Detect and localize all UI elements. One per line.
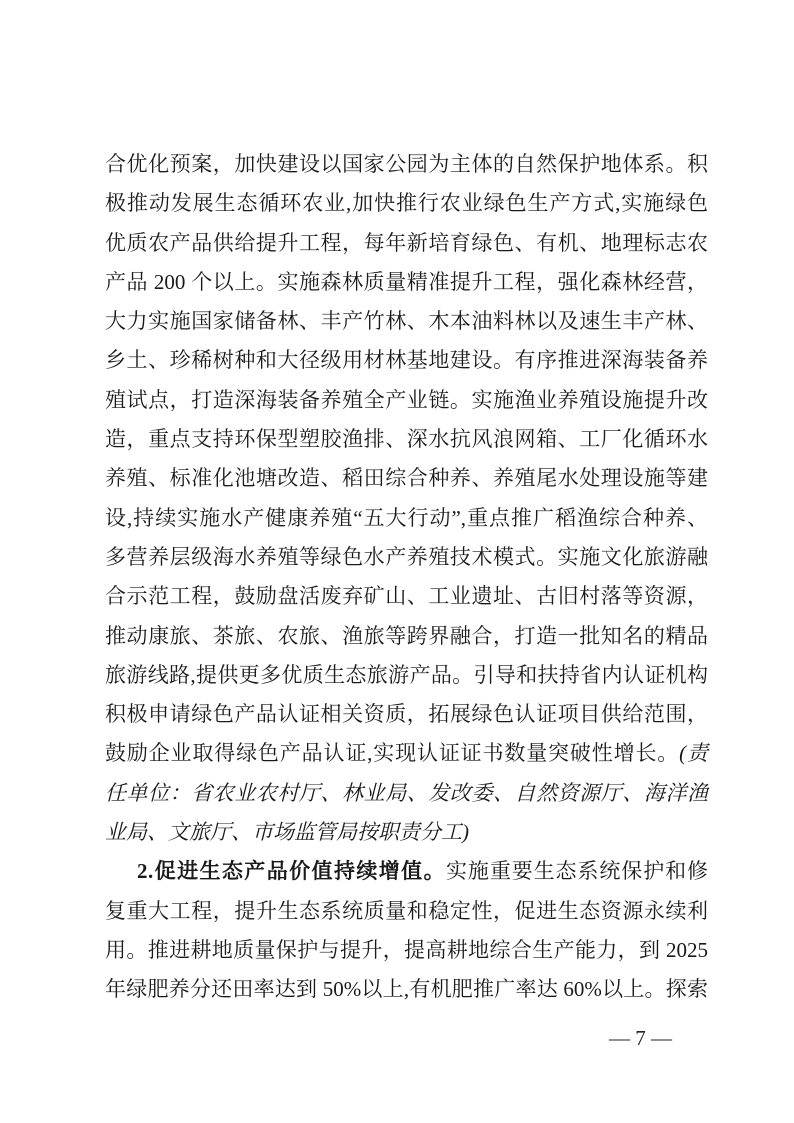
responsibility-unit-text: 任单位：省农业农村厅、林业局、发改委、自然资源厅、海洋渔	[105, 781, 708, 805]
body-text: 推动康旅、茶旅、农旅、渔旅等跨界融合，打造一批知名的精品	[105, 624, 708, 648]
text-line: 极推动发展生态循环农业,加快推行农业绿色生产方式,实施绿色	[105, 184, 708, 223]
text-line: 业局、文旅厅、市场监管局按职责分工)	[105, 813, 708, 852]
body-text: 殖试点，打造深海装备养殖全产业链。实施渔业养殖设施提升改	[105, 388, 708, 412]
responsibility-unit-text: 业局、文旅厅、市场监管局按职责分工)	[105, 820, 469, 844]
text-line: 合示范工程，鼓励盘活废弃矿山、工业遗址、古旧村落等资源，	[105, 577, 708, 616]
text-line: 复重大工程，提升生态系统质量和稳定性，促进生态资源永续利	[105, 892, 708, 931]
body-text: 多营养层级海水养殖等绿色水产养殖技术模式。实施文化旅游融	[105, 545, 708, 569]
body-text: 造，重点支持环保型塑胶渔排、深水抗风浪网箱、工厂化循环水	[105, 427, 708, 451]
body-text: 合优化预案，加快建设以国家公园为主体的自然保护地体系。积	[105, 152, 708, 176]
body-text: 实施重要生态系统保护和修	[446, 859, 708, 883]
text-line: 造，重点支持环保型塑胶渔排、深水抗风浪网箱、工厂化循环水	[105, 420, 708, 459]
text-line: 殖试点，打造深海装备养殖全产业链。实施渔业养殖设施提升改	[105, 381, 708, 420]
text-line: 用。推进耕地质量保护与提升，提高耕地综合生产能力，到 2025	[105, 931, 708, 970]
text-line: 2.促进生态产品价值持续增值。实施重要生态系统保护和修	[105, 852, 708, 891]
body-text: 用。推进耕地质量保护与提升，提高耕地综合生产能力，到 2025	[105, 938, 708, 962]
body-text: 复重大工程，提升生态系统质量和稳定性，促进生态资源永续利	[105, 899, 708, 923]
body-text: 优质农产品供给提升工程，每年新培育绿色、有机、地理标志农	[105, 231, 708, 255]
body-text: 积极申请绿色产品认证相关资质，拓展绿色认证项目供给范围，	[105, 702, 708, 726]
text-line: 合优化预案，加快建设以国家公园为主体的自然保护地体系。积	[105, 145, 708, 184]
text-line: 设,持续实施水产健康养殖“五大行动”,重点推广稻渔综合种养、	[105, 499, 708, 538]
body-text: 极推动发展生态循环农业,加快推行农业绿色生产方式,实施绿色	[105, 191, 708, 215]
document-page: 合优化预案，加快建设以国家公园为主体的自然保护地体系。积极推动发展生态循环农业,…	[0, 0, 794, 1123]
body-text: 养殖、标准化池塘改造、稻田综合种养、养殖尾水处理设施等建	[105, 466, 708, 490]
body-text: 年绿肥养分还田率达到 50%以上,有机肥推广率达 60%以上。探索	[105, 977, 708, 1001]
text-line: 乡土、珍稀树种和大径级用材林基地建设。有序推进深海装备养	[105, 341, 708, 380]
body-text: 大力实施国家储备林、丰产竹林、木本油料林以及速生丰产林、	[105, 309, 708, 333]
body-text: 旅游线路,提供更多优质生态旅游产品。引导和扶持省内认证机构	[105, 663, 708, 687]
text-line: 年绿肥养分还田率达到 50%以上,有机肥推广率达 60%以上。探索	[105, 970, 708, 1009]
text-line: 多营养层级海水养殖等绿色水产养殖技术模式。实施文化旅游融	[105, 538, 708, 577]
text-line: 优质农产品供给提升工程，每年新培育绿色、有机、地理标志农	[105, 224, 708, 263]
page-number: — 7 —	[0, 1024, 672, 1052]
text-line: 鼓励企业取得绿色产品认证,实现认证证书数量突破性增长。(责	[105, 734, 708, 773]
text-line: 养殖、标准化池塘改造、稻田综合种养、养殖尾水处理设施等建	[105, 459, 708, 498]
document-body: 合优化预案，加快建设以国家公园为主体的自然保护地体系。积极推动发展生态循环农业,…	[105, 145, 708, 1010]
text-line: 旅游线路,提供更多优质生态旅游产品。引导和扶持省内认证机构	[105, 656, 708, 695]
text-line: 推动康旅、茶旅、农旅、渔旅等跨界融合，打造一批知名的精品	[105, 617, 708, 656]
body-text: 产品 200 个以上。实施森林质量精准提升工程，强化森林经营，	[105, 270, 708, 294]
body-text: 合示范工程，鼓励盘活废弃矿山、工业遗址、古旧村落等资源，	[105, 584, 708, 608]
body-text: 鼓励企业取得绿色产品认证,实现认证证书数量突破性增长。	[105, 741, 679, 765]
responsibility-unit-text: (责	[679, 741, 708, 765]
text-line: 大力实施国家储备林、丰产竹林、木本油料林以及速生丰产林、	[105, 302, 708, 341]
section-heading-text: 2.促进生态产品价值持续增值。	[137, 859, 446, 883]
body-text: 设,持续实施水产健康养殖“五大行动”,重点推广稻渔综合种养、	[105, 506, 708, 530]
text-line: 任单位：省农业农村厅、林业局、发改委、自然资源厅、海洋渔	[105, 774, 708, 813]
text-line: 产品 200 个以上。实施森林质量精准提升工程，强化森林经营，	[105, 263, 708, 302]
body-text: 乡土、珍稀树种和大径级用材林基地建设。有序推进深海装备养	[105, 348, 708, 372]
text-line: 积极申请绿色产品认证相关资质，拓展绿色认证项目供给范围，	[105, 695, 708, 734]
